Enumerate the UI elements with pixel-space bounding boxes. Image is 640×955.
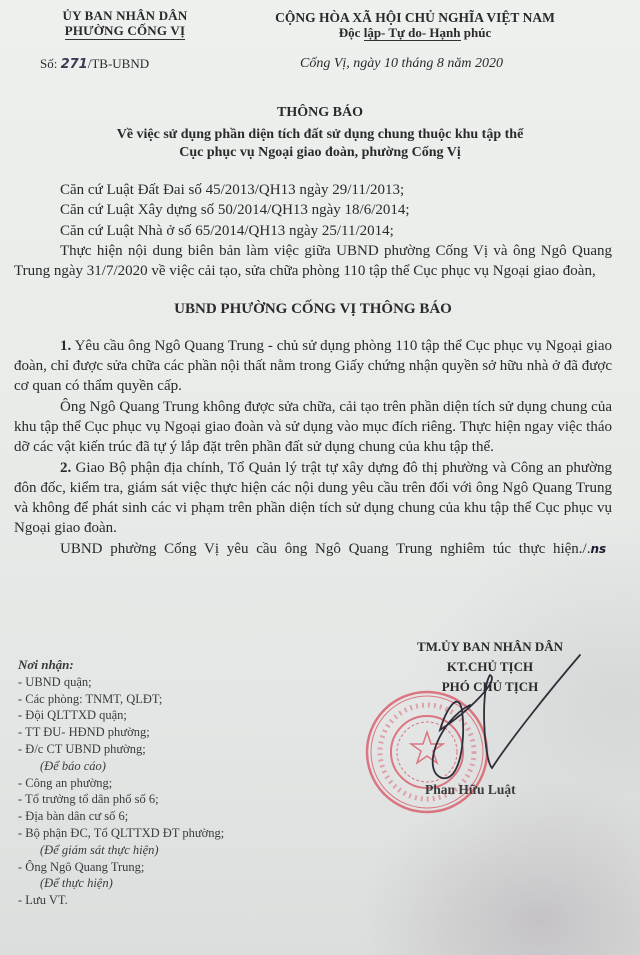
number-label: Số: [40,56,61,71]
document-title: THÔNG BÁO [0,105,640,121]
motto-prefix: Độc [339,25,364,40]
recipient-note: (Để giám sát thực hiện) [18,842,224,859]
place-date: Cống Vị, ngày 10 tháng 8 năm 2020 [300,56,503,72]
recipient-entry: - TT ĐU- HĐND phường; [18,724,224,741]
legal-basis: Căn cứ Luật Xây dựng số 50/2014/QH13 ngà… [14,200,612,220]
basis-paragraph: Thực hiện nội dung biên bản làm việc giữ… [14,241,612,282]
country-name: CỘNG HÒA XÃ HỘI CHỦ NGHĨA VIỆT NAM [245,10,585,25]
legal-basis: Căn cứ Luật Đất Đai số 45/2013/QH13 ngày… [14,180,612,200]
issuer-line1: ỦY BAN NHÂN DÂN [40,8,210,23]
recipient-entry: - Địa bàn dân cư số 6; [18,808,224,825]
document-subtitle: Về việc sử dụng phần diện tích đất sử dụ… [0,126,640,162]
number-suffix: /TB-UBND [88,56,149,71]
motto-suffix: phúc [461,25,492,40]
issuing-authority: ỦY BAN NHÂN DÂN PHƯỜNG CỐNG VỊ [40,8,210,40]
recipient-entry: - UBND quận; [18,674,224,691]
item-text: Ông Ngô Quang Trung không được sửa chữa,… [14,399,612,456]
legal-basis: Căn cứ Luật Nhà ở số 65/2014/QH13 ngày 2… [14,221,612,241]
item-number: 2. [60,460,71,476]
item-text: Yêu cầu ông Ngô Quang Trung - chủ sử dụn… [14,338,612,395]
recipients-list: Nơi nhận: - UBND quận;- Các phòng: TNMT,… [18,657,224,909]
motto-underlined: lập- Tự do- Hạnh [364,25,461,41]
national-heading: CỘNG HÒA XÃ HỘI CHỦ NGHĨA VIỆT NAM Độc l… [245,10,585,40]
handwritten-signature-icon [400,650,620,790]
recipient-entry: - Đội QLTTXD quận; [18,707,224,724]
document-body: Căn cứ Luật Đất Đai số 45/2013/QH13 ngày… [14,180,612,559]
recipient-note: (Để báo cáo) [18,758,224,775]
signer-name: Phan Hữu Luật [425,782,516,798]
item-number: 1. [60,338,71,354]
recipient-entry: - Ông Ngô Quang Trung; [18,859,224,876]
closing-paragraph: UBND phường Cống Vị yêu cầu ông Ngô Quan… [14,539,612,559]
handwritten-number: 271 [61,57,88,72]
national-motto: Độc lập- Tự do- Hạnh phúc [245,25,585,40]
recipient-note: (Để thực hiện) [18,875,224,892]
recipient-entry: - Công an phường; [18,775,224,792]
item-2: 2. Giao Bộ phận địa chính, Tổ Quản lý tr… [14,458,612,539]
section-heading: UBND PHƯỜNG CỐNG VỊ THÔNG BÁO [14,299,612,319]
recipient-entry: - Bộ phận ĐC, Tổ QLTTXD ĐT phường; [18,825,224,842]
document-number: Số: 271/TB-UBND [40,56,149,72]
closing-text: UBND phường Cống Vị yêu cầu ông Ngô Quan… [60,541,590,557]
item-text: Giao Bộ phận địa chính, Tổ Quản lý trật … [14,460,612,537]
issuer-line2: PHƯỜNG CỐNG VỊ [65,23,186,40]
recipient-entry: - Đ/c CT UBND phường; [18,741,224,758]
subtitle-line2: Cục phục vụ Ngoại giao đoàn, phường Cống… [0,144,640,162]
subtitle-line1: Về việc sử dụng phần diện tích đất sử dụ… [0,126,640,144]
recipients-heading: Nơi nhận: [18,657,224,674]
item-1: 1. Yêu cầu ông Ngô Quang Trung - chủ sử … [14,336,612,397]
recipient-entry: - Lưu VT. [18,892,224,909]
initials-mark: ns [590,542,606,556]
recipient-entry: - Tổ trưởng tổ dân phố số 6; [18,791,224,808]
item-1-continued: Ông Ngô Quang Trung không được sửa chữa,… [14,397,612,458]
recipient-entry: - Các phòng: TNMT, QLĐT; [18,691,224,708]
